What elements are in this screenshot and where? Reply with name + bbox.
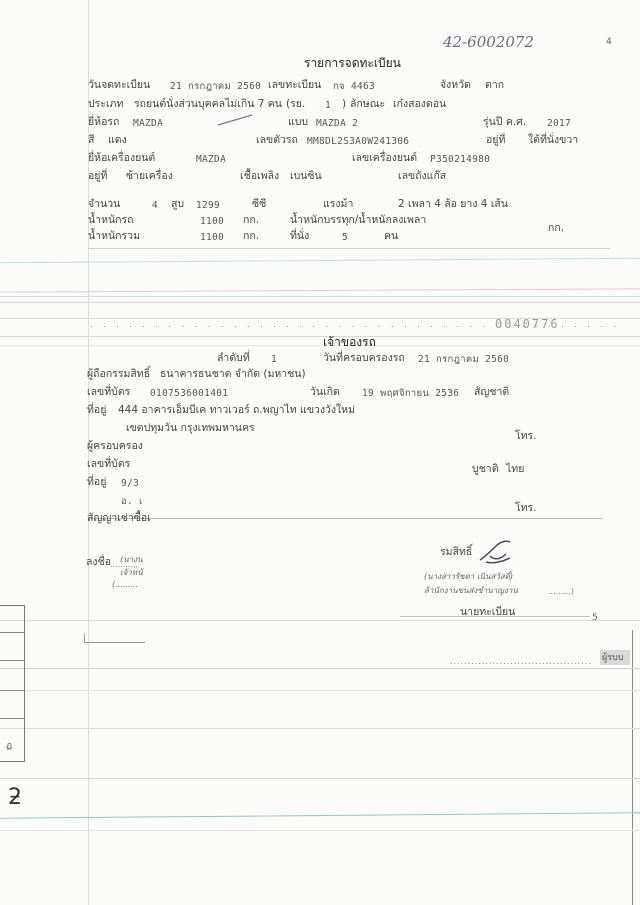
left-signer-paren: (.........: [112, 578, 138, 591]
body-label: ลักษณะ: [350, 98, 385, 111]
possessor-phone-label: โทร.: [515, 502, 537, 515]
page-corner-mark: [84, 634, 145, 643]
engine-location-value: ซ้ายเครื่อง: [126, 170, 173, 183]
cylinders-value: 4: [152, 199, 158, 212]
bracket-tick: [0, 690, 24, 691]
ruled-line: [0, 620, 640, 621]
right-sign-label: รมสิทธิ์: [440, 546, 472, 559]
ruled-line: [0, 302, 640, 303]
vin-location-label: อยู่ที่: [486, 134, 505, 147]
body-value: เก๋งสองตอน: [393, 98, 446, 111]
ruled-line: [0, 296, 640, 297]
possess-date-value: 21 กรกฎาคม 2560: [418, 353, 509, 366]
weight-value: 1100: [200, 215, 224, 228]
page-number-top: 4: [606, 36, 612, 49]
address-line-1: 444 อาคารเอ็มบีเค ทาวเวอร์ ถ.พญาไท แขวงว…: [118, 404, 355, 417]
document-title: รายการจดทะเบียน: [304, 57, 401, 70]
seats-label: ที่นั่ง: [290, 230, 309, 243]
seats-unit: คน: [384, 230, 398, 243]
engine-location-label: อยู่ที่: [88, 170, 107, 183]
right-signer-title: ล้านักงานขนส่งชำนาญงาน: [424, 584, 518, 597]
right-edge-line: [632, 630, 633, 905]
possessor-id-label: เลขที่บัตร: [87, 458, 130, 471]
ruled-line: [0, 258, 640, 263]
make-label: ยี่ห้อรถ: [88, 116, 119, 129]
possessor-address-line-2: อ. เ: [121, 495, 143, 508]
load-label: น้ำหนักบรรทุก/น้ำหนักลงเพลา: [290, 214, 426, 227]
model-label: แบบ: [288, 116, 308, 129]
order-value: 1: [271, 353, 277, 366]
right-signer-name: (นางสาวรัชดา เนินสวัสดิ์): [424, 570, 513, 583]
birth-date-label: วันเกิด: [310, 386, 340, 399]
holder-value: ธนาคารธนชาต จำกัด (มหาชน): [160, 368, 306, 381]
type-code-suffix: ): [342, 98, 346, 111]
possessor-nationality-value: ไทย: [506, 463, 524, 476]
serial-number-strip: 0040776: [495, 318, 560, 331]
gross-weight-label: น้ำหนักรวม: [88, 230, 140, 243]
engine-no-value: P350214980: [430, 153, 490, 166]
section-divider: [88, 518, 603, 519]
cylinders-unit: สูบ: [171, 198, 184, 211]
bracket-tick: [0, 718, 24, 719]
plate-value: กจ 4463: [333, 80, 375, 93]
reg-date-label: วันจดทะเบียน: [88, 79, 150, 92]
model-value: MAZDA 2: [316, 117, 358, 130]
left-margin-bracket: [0, 605, 25, 762]
ruled-line: [0, 336, 640, 337]
province-value: ตาก: [485, 79, 504, 92]
plate-label: เลขทะเบียน: [268, 79, 321, 92]
address-label: ที่อยู่: [87, 404, 106, 417]
ruled-line: [0, 778, 640, 779]
gross-weight-unit: กก.: [243, 230, 259, 243]
type-code-prefix: (รย.: [286, 98, 305, 111]
ruled-line: [0, 288, 640, 292]
make-value: MAZDA: [133, 117, 163, 130]
bracket-tick: [0, 632, 24, 633]
ruled-line: [0, 830, 640, 831]
handwritten-reference-number: 42-6002072: [443, 36, 534, 49]
registrar-label: นายทะเบียน: [460, 606, 515, 619]
fuel-value: เบนซิน: [290, 170, 322, 183]
nationality-label: สัญชาติ: [474, 386, 509, 399]
holder-label: ผู้ถือกรรมสิทธิ์: [87, 368, 150, 381]
phone-label: โทร.: [515, 430, 537, 443]
reg-date-value: 21 กรกฎาคม 2560: [170, 80, 261, 93]
cylinders-label: จำนวน: [88, 198, 120, 211]
right-signer-dots: .........): [548, 585, 574, 598]
load-unit: กก.: [548, 222, 564, 235]
color-label: สี: [88, 134, 94, 147]
engine-make-label: ยี่ห้อเครื่องยนต์: [88, 152, 155, 165]
vin-value: MM8DL2S3A0W241306: [307, 135, 409, 148]
horsepower-label: แรงม้า: [323, 198, 353, 211]
type-value: รถยนต์นั่งส่วนบุคคลไม่เกิน 7 คน: [134, 98, 282, 111]
vin-location-value: ใต้ที่นั่งขวา: [528, 134, 578, 147]
province-label: จังหวัด: [440, 79, 471, 92]
color-value: แดง: [108, 134, 127, 147]
possess-date-label: วันที่ครอบครองรถ: [323, 352, 405, 365]
engine-make-value: MAZDA: [196, 153, 226, 166]
page-number-bottom: 5: [592, 612, 598, 625]
signature-icon: [476, 538, 516, 570]
type-label: ประเภท: [88, 98, 123, 111]
side-stamp-text: ผู้รบบ: [602, 652, 624, 665]
weight-unit: กก.: [243, 214, 259, 227]
owner-section-title: เจ้าของรถ: [323, 336, 376, 349]
order-label: ลำดับที่: [217, 352, 250, 365]
ruled-line: [0, 690, 640, 691]
cc-value: 1299: [196, 199, 220, 212]
gross-weight-value: 1100: [200, 231, 224, 244]
possessor-label: ผู้ครอบครอง: [87, 440, 143, 453]
address-line-2: เขตปทุมวัน กรุงเทพมหานคร: [126, 422, 255, 435]
birth-date-value: 19 พฤศจิกายน 2536: [362, 387, 459, 400]
vin-label: เลขตัวรถ: [256, 134, 298, 147]
cc-unit: ซีซี: [252, 198, 266, 211]
type-code-value: 1: [325, 99, 331, 112]
possessor-address-line-1: 9/3: [121, 477, 139, 490]
id-number-value: 0107536001401: [150, 387, 228, 400]
left-sign-label: ลงชื่อ: [86, 556, 111, 569]
stamp-dots: ........................................: [450, 655, 592, 668]
section-divider: [88, 248, 610, 249]
year-label: รุ่นปี ค.ศ.: [483, 116, 526, 129]
weight-label: น้ำหนักรถ: [88, 214, 134, 227]
seats-value: 5: [342, 231, 348, 244]
margin-glyph-small: ฏ: [6, 740, 12, 753]
engine-no-label: เลขเครื่องยนต์: [352, 152, 417, 165]
bracket-tick: [0, 660, 24, 661]
fuel-label: เชื้อเพลิง: [240, 170, 279, 183]
pen-stroke-mark: [216, 112, 256, 131]
registration-document-page: 42-6002072 4 รายการจดทะเบียน วันจดทะเบีย…: [0, 0, 640, 905]
ruled-line: [0, 728, 640, 729]
lease-contract-label: สัญญาเช่าซื้อเ: [87, 512, 151, 525]
ruled-line: [0, 345, 640, 346]
margin-glyph-large: ƻ: [8, 786, 22, 810]
axles-value: 2 เพลา 4 ล้อ ยาง 4 เส้น: [398, 198, 508, 211]
possessor-nationality-label: บูชาติ: [472, 463, 499, 476]
ruled-line: [0, 812, 640, 819]
ruled-line: [0, 668, 640, 669]
gas-tank-label: เลขถังแก๊ส: [398, 170, 446, 183]
left-signer-name: (นางน: [120, 553, 142, 566]
id-number-label: เลขที่บัตร: [87, 386, 130, 399]
possessor-address-label: ที่อยู่: [87, 476, 106, 489]
year-value: 2017: [547, 117, 571, 130]
